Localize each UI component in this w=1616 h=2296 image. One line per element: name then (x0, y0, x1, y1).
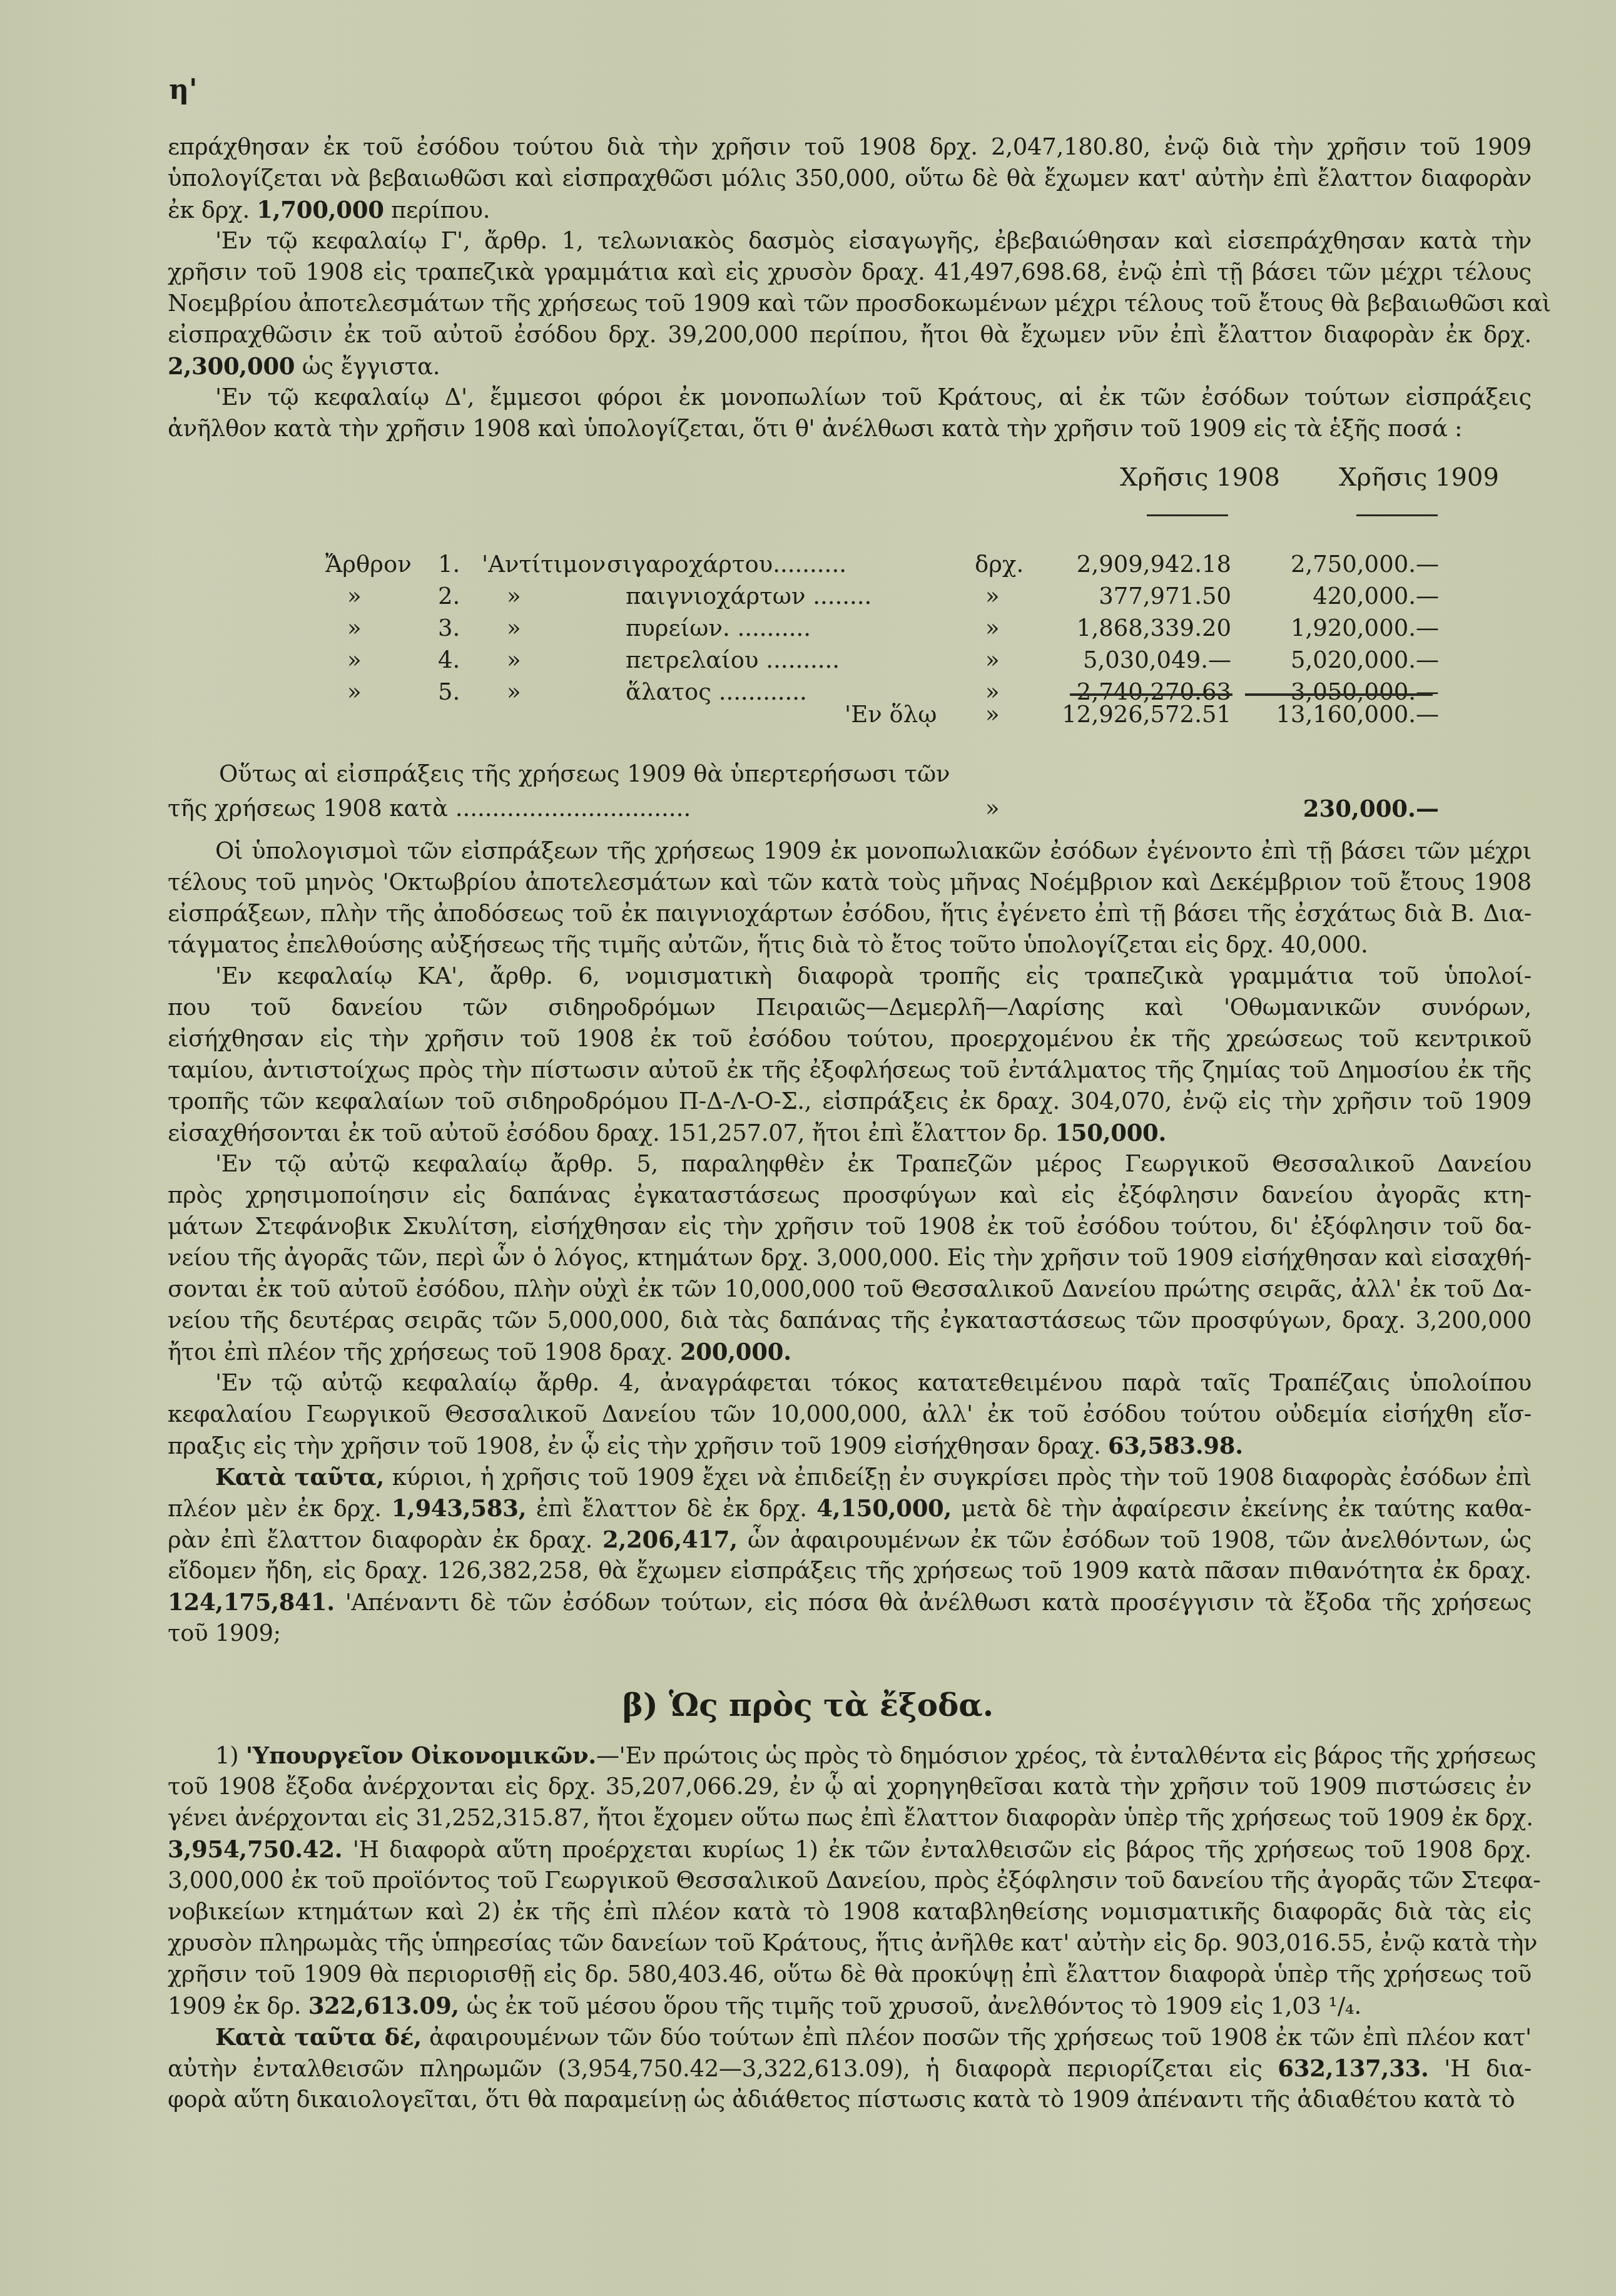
text-line: νοβικείων κτημάτων καὶ 2) ἐκ τῆς ἐπὶ πλέ… (168, 1896, 1532, 1927)
text-line: μάτων Στεφάνοβικ Σκυλίτση, εἰσήχθησαν εἰ… (168, 1211, 1532, 1242)
text-line: 'Εν κεφαλαίῳ ΚΑ', ἄρθρ. 6, νομισματικὴ δ… (168, 961, 1532, 992)
cell-unit: » (985, 615, 1000, 641)
text-line: επράχθησαν ἐκ τοῦ ἐσόδου τούτου διὰ τὴν … (168, 131, 1532, 163)
text-line: 3,954,750.42. 'Η διαφορὰ αὕτη προέρχεται… (168, 1834, 1532, 1865)
cell-label: » (347, 615, 362, 641)
text-line: ἤτοι ἐπὶ πλέον τῆς χρήσεως τοῦ 1908 δραχ… (168, 1336, 1532, 1367)
text-line: 1) 'Υπουργεῖον Οἰκονομικῶν.—'Εν πρώτοις … (168, 1740, 1532, 1771)
table-total-row: 'Εν ὅλῳ » 12,926,572.51 13,160,000.— (313, 701, 1527, 732)
cell-unit: δρχ. (975, 551, 1024, 578)
text-line: 'Εν τῷ αὐτῷ κεφαλαίῳ ἄρθρ. 4, ἀναγράφετα… (168, 1367, 1532, 1399)
text-line: εἰσπραχθῶσιν ἐκ τοῦ αὐτοῦ ἐσόδου δρχ. 39… (168, 319, 1532, 350)
cell-label: » (347, 583, 362, 610)
cell-y1908: 1,868,339.20 (1077, 615, 1231, 641)
text-line: φορὰ αὕτη δικαιολογεῖται, ὅτι θὰ παραμεί… (168, 2084, 1532, 2115)
text-line: ἐκ δρχ. 1,700,000 περίπου. (168, 194, 1532, 225)
surplus-text-1: Οὕτως αἱ εἰσπράξεις τῆς χρήσεως 1909 θὰ … (219, 760, 950, 787)
cell-y1909: 420,000.— (1313, 583, 1439, 610)
table-row: »2.»παιγνιοχάρτων ........»377,971.50420… (313, 583, 1527, 614)
text-line: 124,175,841. 'Απέναντι δὲ τῶν ἐσόδων τού… (168, 1586, 1532, 1618)
text-line: Κατὰ ταῦτα, κύριοι, ἡ χρῆσις τοῦ 1909 ἔχ… (168, 1461, 1532, 1492)
cell-ditto: » (507, 646, 521, 673)
text-line: χρυσὸν πληρωμὰς τῆς ὑπηρεσίας τῶν δανείω… (168, 1927, 1532, 1959)
text-line: τάγματος ἐπελθούσης αὐξήσεως τῆς τιμῆς α… (168, 929, 1532, 961)
text-line: τοῦ 1908 ἔξοδα ἀνέρχονται εἰς δρχ. 35,20… (168, 1771, 1532, 1802)
cell-y1909: 5,020,000.— (1291, 646, 1439, 673)
text-line: αὐτὴν ἐνταλθεισῶν πληρωμῶν (3,954,750.42… (168, 2053, 1532, 2084)
text-line: χρῆσιν τοῦ 1908 εἰς τραπεζικὰ γραμμάτια … (168, 257, 1532, 288)
text-line: τοῦ 1909; (168, 1618, 1532, 1649)
surplus-line-1: Οὕτως αἱ εἰσπράξεις τῆς χρήσεως 1909 θὰ … (313, 760, 1527, 792)
header-rule-1908 (1147, 514, 1228, 516)
section-heading-expenses: β) Ὡς πρὸς τὰ ἔξοδα. (0, 1686, 1616, 1723)
text-line: σονται ἐκ τοῦ αὐτοῦ ἐσόδου, πλὴν οὐχὶ ἐκ… (168, 1273, 1532, 1305)
surplus-value: 230,000.— (1303, 795, 1439, 822)
cell-num: 3. (438, 615, 460, 641)
text-line: 3,000,000 ἐκ τοῦ προϊόντος τοῦ Γεωργικοῦ… (168, 1865, 1532, 1896)
cell-item: πυρείων. .......... (626, 615, 811, 641)
cell-ditto: 'Αντίτιμον (482, 551, 606, 578)
surplus-line-2: τῆς χρήσεως 1908 κατὰ ..................… (313, 795, 1527, 826)
text-line: τέλους τοῦ μηνὸς 'Οκτωβρίου ἀποτελεσμάτω… (168, 867, 1532, 898)
cell-y1908: 377,971.50 (1099, 583, 1231, 610)
surplus-unit: » (985, 795, 1000, 822)
text-line: 'Εν τῷ κεφαλαίῳ Δ', ἔμμεσοι φόροι ἐκ μον… (168, 382, 1532, 413)
text-line: εἴδομεν ἤδη, εἰς δραχ. 126,382,258, θὰ ἔ… (168, 1555, 1532, 1586)
text-line: Νοεμβρίου ἀποτελεσμάτων τῆς χρήσεως τοῦ … (168, 288, 1532, 319)
cell-item: σιγαροχάρτου.......... (607, 551, 846, 578)
text-line: Οἱ ὑπολογισμοὶ τῶν εἰσπράξεων τῆς χρήσεω… (168, 835, 1532, 867)
surplus-text-2: τῆς χρήσεως 1908 κατὰ ..................… (168, 795, 691, 822)
column-header-1909: Χρῆσις 1909 (1339, 463, 1499, 492)
cell-num: 1. (438, 551, 460, 578)
text-line: εἰσπράξεων, πλὴν τῆς ἀποδόσεως τοῦ ἐκ πα… (168, 898, 1532, 929)
text-line: ταμίου, ἀντιστοίχως πρὸς τὴν πίστωσιν αὐ… (168, 1054, 1532, 1086)
sum-rule-1908 (1070, 693, 1232, 696)
text-line: ὑπολογίζεται νὰ βεβαιωθῶσι καὶ εἰσπραχθῶ… (168, 163, 1532, 194)
total-1908: 12,926,572.51 (1062, 701, 1231, 728)
body-text-middle: Οἱ ὑπολογισμοὶ τῶν εἰσπράξεων τῆς χρήσεω… (168, 835, 1532, 1649)
text-line: 1909 ἐκ δρ. 322,613.09, ὡς ἐκ τοῦ μέσου … (168, 1990, 1532, 2021)
table-row: »4.»πετρελαίου ..........»5,030,049.—5,0… (313, 646, 1527, 678)
text-line: 'Εν τῷ αὐτῷ κεφαλαίῳ ἄρθρ. 5, παραληφθὲν… (168, 1148, 1532, 1180)
cell-y1908: 2,909,942.18 (1077, 551, 1231, 578)
cell-ditto: » (507, 615, 521, 641)
text-line: νείου τῆς δευτέρας σειρᾶς τῶν 5,000,000,… (168, 1305, 1532, 1336)
text-line: νείου τῆς ἀγορᾶς τῶν, περὶ ὧν ὁ λόγος, κ… (168, 1242, 1532, 1273)
text-line: ἀνῆλθον κατὰ τὴν χρῆσιν 1908 καὶ ὑπολογί… (168, 413, 1532, 444)
total-label: 'Εν ὅλῳ (845, 701, 937, 728)
text-line: ρὰν ἐπὶ ἔλαττον διαφορὰν ἐκ δραχ. 2,206,… (168, 1524, 1532, 1555)
text-line: τροπῆς τῶν κεφαλαίων τοῦ σιδηροδρόμου Π-… (168, 1086, 1532, 1117)
table-row: Ἄρθρον1.'Αντίτιμονσιγαροχάρτου..........… (313, 551, 1527, 582)
text-line: 'Εν τῷ κεφαλαίῳ Γ', ἄρθρ. 1, τελωνιακὸς … (168, 225, 1532, 257)
cell-label: Ἄρθρον (325, 551, 412, 578)
table-row: »3.»πυρείων. ..........»1,868,339.201,92… (313, 615, 1527, 646)
cell-label: » (347, 646, 362, 673)
text-line: πρὸς χρησιμοποίησιν εἰς δαπάνας ἐγκαταστ… (168, 1180, 1532, 1211)
cell-unit: » (985, 646, 1000, 673)
page-number: η' (169, 74, 197, 106)
header-rule-1909 (1356, 514, 1438, 516)
text-line: χρῆσιν τοῦ 1909 θὰ περιορισθῇ εἰς δρ. 58… (168, 1959, 1532, 1990)
sum-rule-1909 (1245, 693, 1433, 696)
total-unit: » (985, 701, 1000, 728)
cell-num: 4. (438, 646, 460, 673)
body-text-top: επράχθησαν ἐκ τοῦ ἐσόδου τούτου διὰ τὴν … (168, 131, 1532, 444)
text-line: εἰσαχθήσονται ἐκ τοῦ αὐτοῦ ἐσόδου δραχ. … (168, 1117, 1532, 1148)
cell-y1908: 5,030,049.— (1083, 646, 1231, 673)
cell-y1909: 2,750,000.— (1291, 551, 1439, 578)
cell-item: παιγνιοχάρτων ........ (626, 583, 872, 610)
total-1909: 13,160,000.— (1276, 701, 1439, 728)
text-line: πραξις εἰς τὴν χρῆσιν τοῦ 1908, ἐν ᾧ εἰς… (168, 1430, 1532, 1461)
cell-unit: » (985, 583, 1000, 610)
text-line: πλέον μὲν ἐκ δρχ. 1,943,583, ἐπὶ ἔλαττον… (168, 1492, 1532, 1524)
cell-num: 2. (438, 583, 460, 610)
text-line: εἰσήχθησαν εἰς τὴν χρῆσιν τοῦ 1908 ἐκ το… (168, 1023, 1532, 1054)
text-line: 2,300,000 ὡς ἔγγιστα. (168, 350, 1532, 382)
text-line: κεφαλαίου Γεωργικοῦ Θεσσαλικοῦ Δανείου τ… (168, 1399, 1532, 1430)
cell-item: πετρελαίου .......... (626, 646, 840, 673)
body-text-bottom: 1) 'Υπουργεῖον Οἰκονομικῶν.—'Εν πρώτοις … (168, 1740, 1532, 2115)
cell-y1909: 1,920,000.— (1291, 615, 1439, 641)
text-line: γένει ἀνέρχονται εἰς 31,252,315.87, ἤτοι… (168, 1802, 1532, 1834)
text-line: Κατὰ ταῦτα δέ, ἀφαιρουμένων τῶν δύο τούτ… (168, 2021, 1532, 2053)
cell-ditto: » (507, 583, 521, 610)
column-header-1908: Χρῆσις 1908 (1120, 463, 1280, 492)
text-line: που τοῦ δανείου τῶν σιδηροδρόμων Πειραιῶ… (168, 992, 1532, 1023)
